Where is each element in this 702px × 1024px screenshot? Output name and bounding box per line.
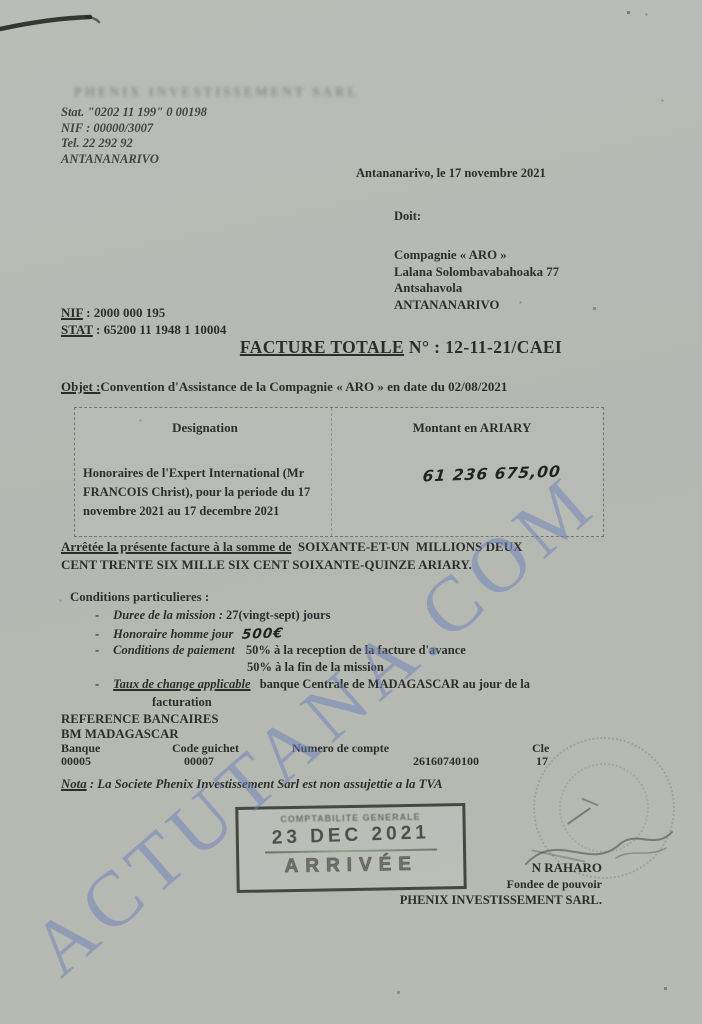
description-line-2: FRANCOIS Christ), pour la periode du 17 [83, 483, 335, 502]
arrival-stamp-date: 23 DEC 2021 [271, 822, 430, 850]
pen-stroke-artifact [0, 8, 110, 44]
bank-compte-value: 26160740100 [413, 754, 479, 769]
recipient-city: ANTANANARIVO [394, 297, 559, 314]
table-row-description: Honoraires de l'Expert International (Mr… [83, 464, 335, 521]
condition-paiement-value1: 50% à la reception de la facture d'avanc… [246, 643, 466, 657]
nif-line: NIF : 2000 000 195 [61, 305, 165, 321]
signatory-company: PHENIX INVESTISSEMENT SARL. [380, 892, 602, 908]
condition-item-duree: -Duree de la mission : 27(vingt-sept) jo… [95, 608, 331, 623]
round-stamp [533, 737, 675, 879]
total-lead-underlined: Arrêtée la présente facture à la somme d… [61, 539, 291, 554]
handwritten-rate: 500€ [242, 625, 285, 642]
stat-line: STAT : 65200 11 1948 1 10004 [61, 322, 226, 338]
condition-item-paiement: -Conditions de paiement 50% à la recepti… [95, 643, 466, 658]
condition-taux-value2: facturation [152, 695, 212, 710]
letterhead-stat-line: Stat. "0202 11 199" 0 00198 [61, 105, 207, 121]
total-words-part1: SOIXANTE-ET-UN MILLIONS DEUX [291, 539, 522, 554]
condition-paiement-label: Conditions de paiement [113, 643, 235, 657]
nif-label: NIF [61, 305, 83, 320]
description-line-1: Honoraires de l'Expert International (Mr [83, 464, 335, 483]
objet-text: Convention d'Assistance de la Compagnie … [100, 379, 507, 394]
bank-heading: REFERENCE BANCAIRES [61, 712, 219, 727]
invoice-title: FACTURE TOTALE N° : 12-11-21/CAEI [100, 337, 702, 358]
bullet-dash: - [95, 643, 99, 657]
invoice-table: Designation Montant en ARIARY Honoraires… [74, 407, 604, 537]
letterhead-tel-line: Tel. 22 292 92 [61, 136, 207, 152]
condition-paiement-value2: 50% à la fin de la mission [247, 660, 384, 675]
recipient-street: Lalana Solombavabahoaka 77 [394, 264, 559, 281]
letterhead-city-line: ANTANANARIVO [61, 152, 207, 168]
doit-label: Doit: [394, 209, 421, 224]
nota-label: Nota [61, 777, 87, 791]
invoice-title-number: N° : 12-11-21/CAEI [404, 337, 562, 357]
description-line-3: novembre 2021 au 17 decembre 2021 [83, 502, 335, 521]
invoice-title-underlined: FACTURE TOTALE [240, 337, 404, 357]
stat-value: : 65200 11 1948 1 10004 [93, 322, 227, 337]
bullet-dash: - [95, 608, 99, 622]
total-in-words-line2: CENT TRENTE SIX MILLE SIX CENT SOIXANTE-… [61, 557, 472, 573]
condition-duree-value: 27(vingt-sept) jours [226, 608, 331, 622]
table-row-amount: 61 236 675,00 [423, 465, 561, 484]
objet-line: Objet :Convention d'Assistance de la Com… [61, 379, 507, 395]
scanned-invoice-page: PHENIX INVESTISSEMENT SARL Stat. "0202 1… [0, 0, 702, 1024]
bank-name: BM MADAGASCAR [61, 727, 179, 742]
condition-taux-value1: banque Centrale de MADAGASCAR au jour de… [260, 677, 530, 691]
objet-label: Objet : [61, 379, 100, 394]
condition-taux-label: Taux de change applicable [113, 677, 250, 691]
bank-banque-value: 00005 [61, 754, 91, 769]
bank-guichet-value: 00007 [184, 754, 214, 769]
letterhead-block: Stat. "0202 11 199" 0 00198 NIF : 00000/… [61, 105, 207, 167]
faded-letterhead-text: PHENIX INVESTISSEMENT SARL [74, 84, 359, 100]
condition-honoraire-label: Honoraire homme jour [113, 627, 233, 641]
recipient-district: Antsahavola [394, 280, 559, 297]
condition-item-honoraire: -Honoraire homme jour 500€ [95, 626, 284, 642]
letterhead-nif-line: NIF : 00000/3007 [61, 121, 207, 137]
round-stamp-inner-circle [559, 763, 649, 853]
stat-label: STAT [61, 322, 93, 337]
bullet-dash: - [95, 627, 99, 641]
dateline: Antananarivo, le 17 novembre 2021 [356, 166, 546, 181]
total-in-words-line1: Arrêtée la présente facture à la somme d… [61, 539, 522, 555]
nota-line: Nota : La Societe Phenix Investissement … [61, 777, 443, 792]
bank-col-compte-label: Numero de compte [292, 741, 389, 756]
recipient-company: Compagnie « ARO » [394, 247, 559, 264]
nota-text: : La Societe Phenix Investissement Sarl … [87, 777, 443, 791]
table-header-montant: Montant en ARIARY [367, 420, 577, 436]
condition-duree-label: Duree de la mission : [113, 608, 223, 622]
arrival-stamp-status: ARRIVÉE [284, 854, 418, 878]
bullet-dash: - [95, 677, 99, 691]
conditions-heading: Conditions particulieres : [70, 590, 209, 605]
condition-item-taux: -Taux de change applicable banque Centra… [95, 677, 530, 692]
arrival-stamp-divider [265, 848, 437, 853]
recipient-block: Compagnie « ARO » Lalana Solombavabahoak… [394, 247, 559, 313]
nif-value: : 2000 000 195 [83, 305, 165, 320]
scan-noise-specks [0, 0, 1, 1]
handwritten-amount: 61 236 675,00 [422, 463, 562, 486]
table-header-designation: Designation [115, 420, 295, 436]
arrival-stamp: COMPTABILITE GENERALE 23 DEC 2021 ARRIVÉ… [235, 803, 466, 893]
